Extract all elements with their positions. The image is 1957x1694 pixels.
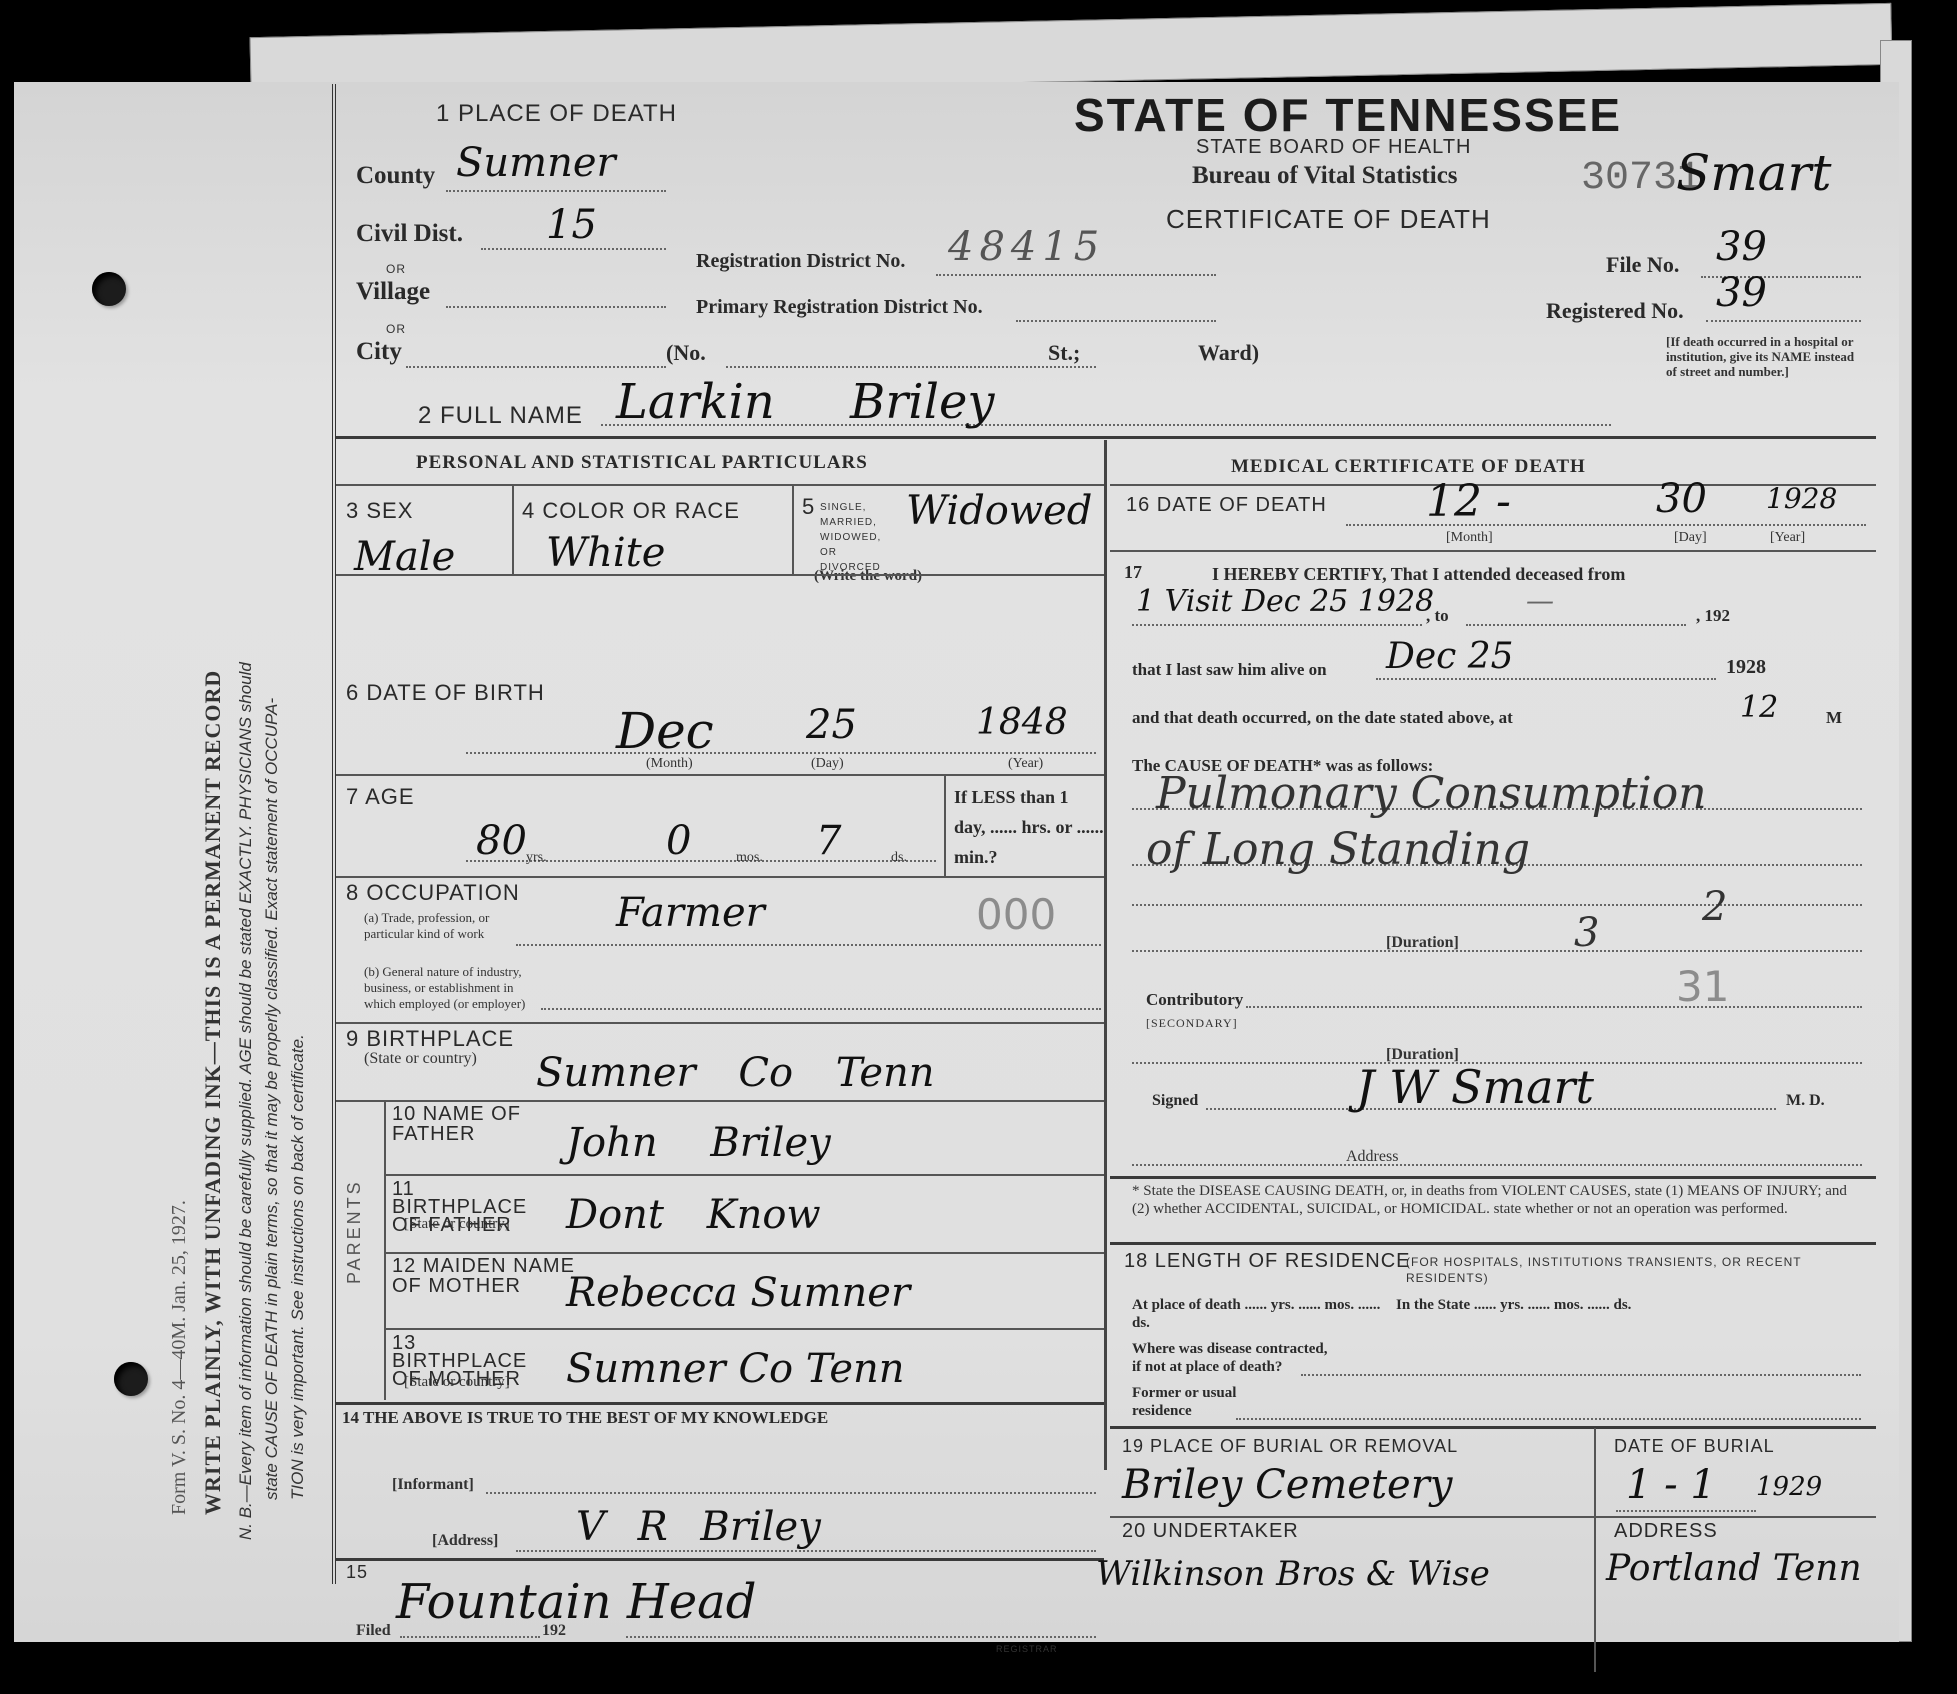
burial-date-label: DATE OF BURIAL	[1614, 1436, 1775, 1457]
last-saw-text: that I last saw him alive on	[1132, 660, 1327, 680]
father-birthplace-hint: [State or country]	[404, 1216, 510, 1233]
burial-date-year: 1929	[1756, 1472, 1822, 1502]
informant-value: V R Briley	[576, 1504, 821, 1550]
file-no-label: File No.	[1606, 252, 1679, 278]
sex-label: 3 SEX	[346, 498, 413, 524]
less-than-day-label: If LESS than 1 day, ...... hrs. or .....…	[954, 782, 1104, 872]
occupation-b-label: (b) General nature of industry, business…	[364, 964, 539, 1012]
village-label: Village	[356, 278, 430, 306]
personal-header: PERSONAL AND STATISTICAL PARTICULARS	[416, 452, 868, 474]
yrs-caption: yrs.	[526, 850, 547, 866]
burial-place-value: Briley Cemetery	[1122, 1462, 1452, 1508]
occupation-code: 000	[976, 890, 1056, 939]
residence-qualifier: (FOR HOSPITALS, INSTITUTIONS TRANSIENTS,…	[1406, 1254, 1866, 1286]
marital-value: Widowed	[906, 488, 1092, 534]
death-certificate-form: 1 PLACE OF DEATH STATE OF TENNESSEE STAT…	[332, 84, 1884, 1584]
registered-no-label: Registered No.	[1546, 298, 1684, 324]
corner-annotation: Smart	[1676, 144, 1831, 202]
registrar-label: REGISTRAR	[996, 1644, 1058, 1654]
permanent-record-notice: WRITE PLAINLY, WITH UNFADING INK—THIS IS…	[200, 670, 226, 1515]
civil-dist-label: Civil Dist.	[356, 220, 463, 248]
ward-label: Ward)	[1198, 340, 1259, 366]
age-days: 7	[816, 818, 841, 864]
informant-label: [Informant]	[392, 1476, 474, 1494]
no-label: (No.	[666, 340, 706, 366]
dod-month: 12 -	[1426, 476, 1511, 527]
certificate-title: CERTIFICATE OF DEATH	[1166, 204, 1491, 235]
age-months: 0	[666, 818, 691, 864]
cause-footnote: * State the DISEASE CAUSING DEATH, or, i…	[1132, 1182, 1862, 1218]
nb-instructions-3: TION is very important. See instructions…	[288, 1034, 308, 1500]
occurred-text: and that death occurred, on the date sta…	[1132, 708, 1513, 728]
registration-district-value: 48415	[948, 224, 1105, 270]
nb-instructions-1: N. B.—Every item of information should b…	[236, 662, 256, 1540]
knowledge-statement: 14 THE ABOVE IS TRUE TO THE BEST OF MY K…	[342, 1408, 828, 1428]
dob-label: 6 DATE OF BIRTH	[346, 680, 545, 706]
cause-line2: of Long Standing	[1146, 824, 1530, 875]
race-label: 4 COLOR OR RACE	[522, 498, 740, 524]
burial-place-label: 19 PLACE OF BURIAL OR REMOVAL	[1122, 1436, 1458, 1457]
full-name-value: Larkin Briley	[616, 374, 995, 430]
signed-label: Signed	[1152, 1092, 1198, 1110]
mother-birthplace-hint: [State or country]	[404, 1374, 510, 1391]
dod-day: 30	[1656, 476, 1707, 522]
dob-day: 25	[806, 702, 857, 748]
at-place-of-death: At place of death ...... yrs. ...... mos…	[1132, 1296, 1392, 1332]
undertaker-address-label: ADDRESS	[1614, 1520, 1718, 1543]
binder-hole-bottom	[114, 1362, 148, 1396]
dod-year: 1928	[1766, 482, 1837, 515]
residence-label: 18 LENGTH OF RESIDENCE	[1124, 1250, 1411, 1273]
disease-contracted: Where was disease contracted, if not at …	[1132, 1340, 1332, 1376]
certify-num: 17	[1124, 562, 1142, 583]
year-192-label: , 192	[1696, 606, 1730, 626]
physician-address-label: Address	[1346, 1148, 1398, 1166]
parents-label: PARENTS	[344, 1179, 365, 1284]
attended-from-value: 1 Visit Dec 25 1928	[1136, 584, 1434, 619]
cause-code: 31	[1676, 962, 1729, 1011]
certify-text: I HEREBY CERTIFY, That I attended deceas…	[1212, 564, 1625, 585]
st-label: St.;	[1048, 340, 1080, 366]
last-saw-year: 1928	[1726, 656, 1766, 679]
bureau-label: Bureau of Vital Statistics	[1192, 162, 1458, 190]
occupation-label: 8 OCCUPATION	[346, 880, 520, 906]
mother-birthplace-value: Sumner Co Tenn	[566, 1346, 905, 1392]
dod-year-caption: [Year]	[1770, 530, 1805, 546]
file-no-value: 39	[1716, 224, 1767, 270]
occupation-a-label: (a) Trade, profession, or particular kin…	[364, 910, 514, 942]
race-value: White	[546, 530, 665, 576]
occurred-time: 12	[1740, 690, 1778, 725]
medical-header: MEDICAL CERTIFICATE OF DEATH	[1231, 456, 1586, 478]
mos-caption: mos.	[736, 850, 763, 866]
physician-signature: J W Smart	[1356, 1060, 1594, 1114]
md-label: M. D.	[1786, 1092, 1825, 1110]
father-name-label: 10 NAME OF FATHER	[392, 1104, 532, 1144]
county-value: Sumner	[456, 140, 616, 186]
contributory-label: Contributory	[1146, 990, 1243, 1010]
binder-hole-top	[92, 272, 126, 306]
filed-value: Fountain Head	[396, 1574, 756, 1630]
filed-num: 15	[346, 1562, 368, 1583]
full-name-label: 2 FULL NAME	[418, 402, 583, 430]
duration-years: 3	[1574, 910, 1599, 956]
ds-caption: ds.	[891, 850, 907, 866]
in-the-state: In the State ...... yrs. ...... mos. ...…	[1396, 1296, 1856, 1314]
undertaker-value: Wilkinson Bros & Wise	[1096, 1554, 1490, 1594]
birthplace-label: 9 BIRTHPLACE	[346, 1026, 514, 1052]
duration-months: 2	[1702, 884, 1727, 930]
mother-name-value: Rebecca Sumner	[566, 1270, 910, 1316]
dob-day-caption: (Day)	[811, 756, 844, 772]
dod-month-caption: [Month]	[1446, 530, 1493, 546]
secondary-label: [SECONDARY]	[1146, 1016, 1238, 1031]
age-years: 80	[476, 818, 527, 864]
form-id: Form V. S. No. 4—40M. Jan. 25, 1927.	[168, 1200, 191, 1515]
place-of-death-label: 1 PLACE OF DEATH	[436, 100, 677, 128]
registered-no-value: 39	[1716, 270, 1767, 316]
board-label: STATE BOARD OF HEALTH	[1196, 136, 1471, 159]
filed-label: Filed	[356, 1622, 391, 1640]
marital-hint: (Write the word)	[814, 568, 922, 585]
mother-name-label: 12 MAIDEN NAME OF MOTHER	[392, 1256, 582, 1296]
dod-day-caption: [Day]	[1674, 530, 1707, 546]
dob-year: 1848	[976, 702, 1068, 743]
marital-num: 5	[802, 494, 815, 520]
cause-line1: Pulmonary Consumption	[1156, 768, 1707, 819]
or-label: OR	[386, 262, 406, 276]
marital-options: SINGLE, MARRIED, WIDOWED, OR DIVORCED	[820, 500, 900, 575]
county-label: County	[356, 162, 435, 190]
hospital-note: [If death occurred in a hospital or inst…	[1666, 334, 1866, 379]
birthplace-value: Sumner Co Tenn	[536, 1050, 935, 1096]
dob-year-caption: (Year)	[1008, 756, 1043, 772]
primary-registration-label: Primary Registration District No.	[696, 296, 983, 319]
burial-date-value: 1 - 1	[1626, 1462, 1716, 1508]
undertaker-label: 20 UNDERTAKER	[1122, 1520, 1299, 1543]
dob-month: Dec	[616, 702, 714, 760]
state-title: STATE OF TENNESSEE	[1074, 88, 1622, 142]
nb-instructions-2: state CAUSE OF DEATH in plain terms, so …	[262, 698, 282, 1500]
informant-address-label: [Address]	[432, 1532, 498, 1550]
last-saw-value: Dec 25	[1386, 636, 1514, 677]
father-birthplace-value: Dont Know	[566, 1192, 821, 1238]
to-label: , to	[1426, 606, 1449, 626]
or-label: OR	[386, 322, 406, 336]
m-label: M	[1826, 708, 1842, 728]
occupation-value: Farmer	[616, 890, 765, 936]
registration-district-label: Registration District No.	[696, 250, 905, 273]
former-residence: Former or usual residence	[1132, 1384, 1252, 1420]
father-name-value: John Briley	[566, 1120, 831, 1166]
to-value: —	[1526, 584, 1554, 617]
date-of-death-label: 16 DATE OF DEATH	[1126, 494, 1327, 517]
dob-month-caption: (Month)	[646, 756, 693, 772]
age-label: 7 AGE	[346, 784, 415, 810]
birthplace-hint: (State or country)	[364, 1050, 477, 1068]
undertaker-address-value: Portland Tenn	[1606, 1548, 1862, 1589]
civil-dist-value: 15	[546, 202, 597, 248]
city-label: City	[356, 338, 402, 366]
